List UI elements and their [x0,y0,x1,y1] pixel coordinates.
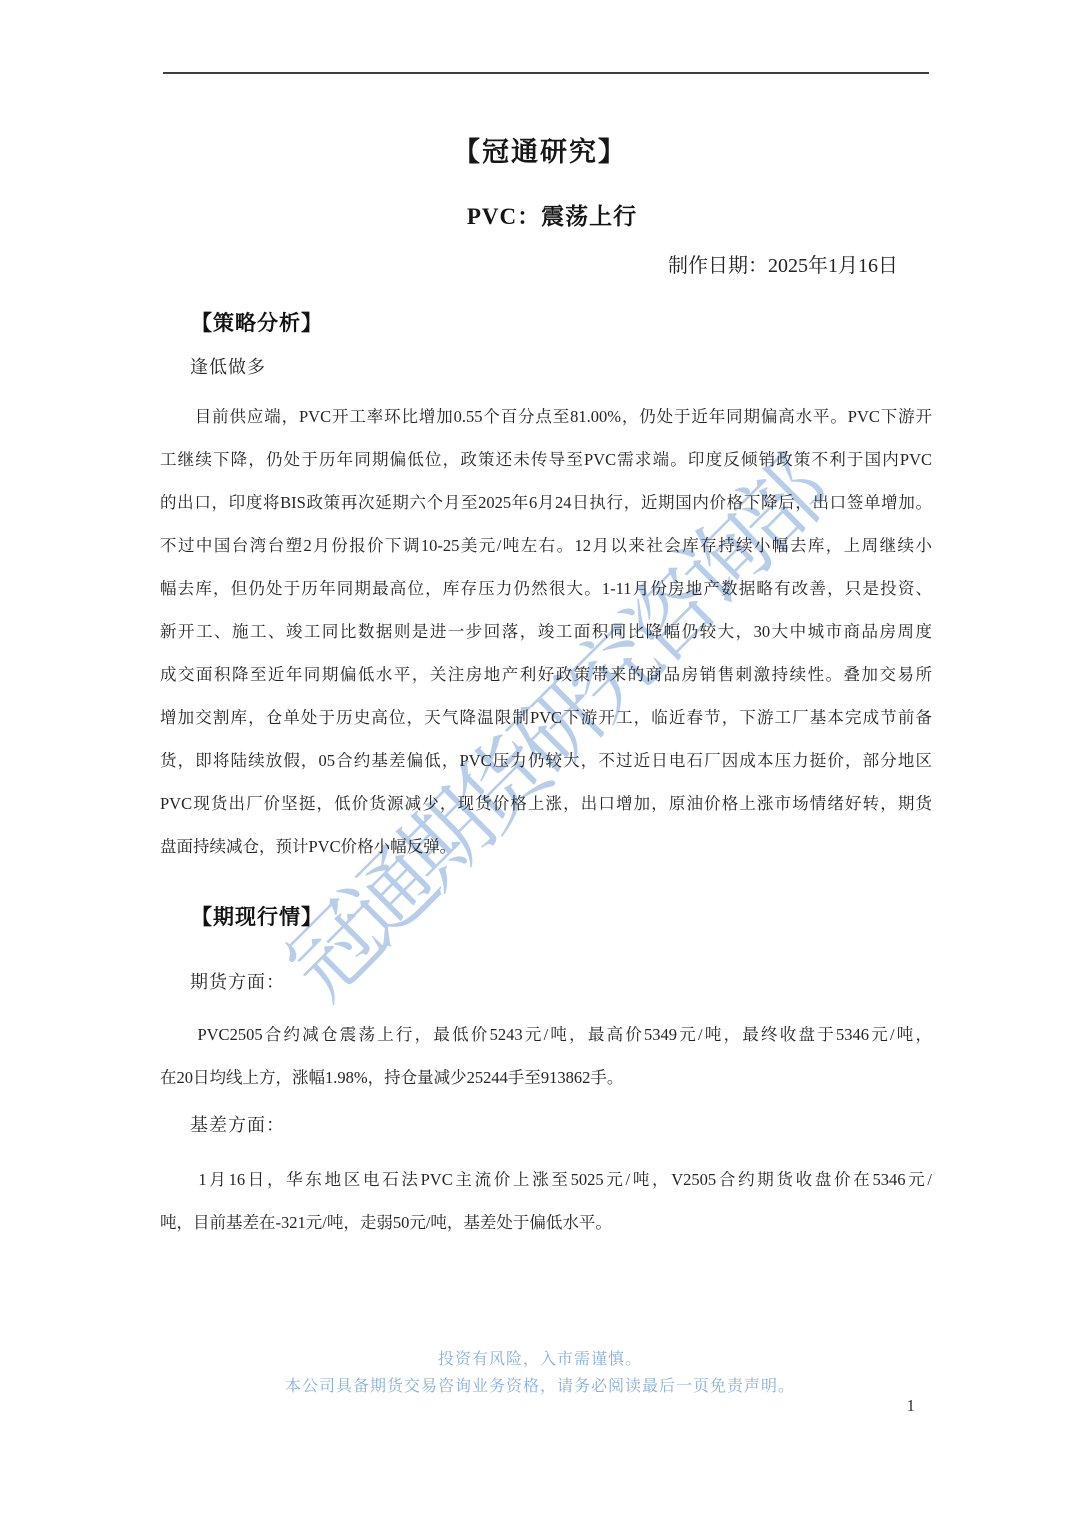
futures-label: 期货方面： [190,967,285,997]
futures-paragraph: PVC2505合约减仓震荡上行，最低价5243元/吨，最高价5349元/吨，最终… [160,1013,932,1099]
text-line: 吨，目前基差在-321元/吨，走弱50元/吨，基差处于偏低水平。 [160,1201,932,1244]
basis-label: 基差方面： [190,1110,285,1140]
text-line: 的出口，印度将BIS政策再次延期六个月至2025年6月24日执行，近期国内价格下… [160,481,932,524]
text-line: PVC现货出厂价坚挺，低价货源减少，现货价格上涨，出口增加，原油价格上涨市场情绪… [160,782,932,825]
strategy-lead: 逢低做多 [190,352,266,382]
page: 冠通期货研究咨询部 【冠通研究】 PVC：震荡上行 制作日期：2025年1月16… [0,0,1080,1526]
text-line: 在20日均线上方，涨幅1.98%，持仓量减少25244手至913862手。 [160,1056,932,1099]
brand-title: 【冠通研究】 [0,134,1080,170]
report-title: PVC：震荡上行 [0,201,1080,233]
report-date: 制作日期：2025年1月16日 [668,251,898,281]
text-line: 成交面积降至近年同期偏低水平，关注房地产利好政策带来的商品房销售刺激持续性。叠加… [160,653,932,696]
text-line: 工继续下降，仍处于历年同期偏低位，政策还未传导至PVC需求端。印度反倾销政策不利… [160,438,932,481]
text-line: 不过中国台湾台塑2月份报价下调10-25美元/吨左右。12月以来社会库存持续小幅… [160,524,932,567]
footer-disclaimer: 投资有风险，入市需谨慎。 本公司具备期货交易咨询业务资格，请务必阅读最后一页免责… [0,1346,1080,1400]
strategy-paragraph: 目前供应端，PVC开工率环比增加0.55个百分点至81.00%，仍处于近年同期偏… [160,395,932,868]
footer-risk-line: 投资有风险，入市需谨慎。 [0,1346,1080,1373]
text-line: 新开工、施工、竣工同比数据则是进一步回落，竣工面积同比降幅仍较大，30大中城市商… [160,610,932,653]
text-line: 幅去库，但仍处于历年同期最高位，库存压力仍然很大。1-11月份房地产数据略有改善… [160,567,932,610]
text-line: 增加交割库，仓单处于历史高位，天气降温限制PVC下游开工，临近春节，下游工厂基本… [160,696,932,739]
footer-qualification-line: 本公司具备期货交易咨询业务资格，请务必阅读最后一页免责声明。 [0,1373,1080,1400]
header-divider-line [163,72,929,74]
page-number: 1 [907,1395,916,1417]
basis-paragraph: 1月16日，华东地区电石法PVC主流价上涨至5025元/吨，V2505合约期货收… [160,1158,932,1244]
text-line: 目前供应端，PVC开工率环比增加0.55个百分点至81.00%，仍处于近年同期偏… [160,395,932,438]
section-heading-market: 【期现行情】 [163,902,323,932]
text-line: 货，即将陆续放假，05合约基差偏低，PVC压力仍较大，不过近日电石厂因成本压力挺… [160,739,932,782]
section-heading-strategy: 【策略分析】 [163,308,323,338]
text-line: 盘面持续减仓，预计PVC价格小幅反弹。 [160,825,932,868]
text-line: PVC2505合约减仓震荡上行，最低价5243元/吨，最高价5349元/吨，最终… [160,1013,932,1056]
text-line: 1月16日，华东地区电石法PVC主流价上涨至5025元/吨，V2505合约期货收… [160,1158,932,1201]
